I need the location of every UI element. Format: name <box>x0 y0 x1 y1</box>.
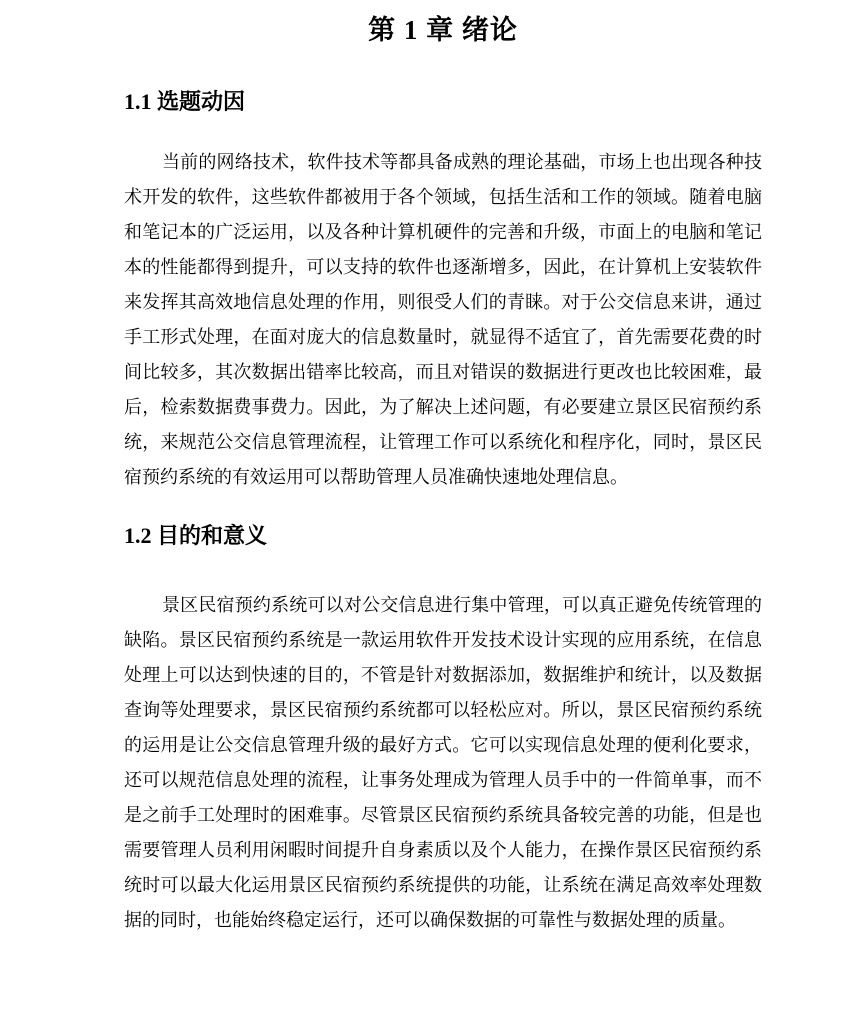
text-line: 的运用是让公交信息管理升级的最好方式。它可以实现信息处理的便利化要求， <box>124 728 762 763</box>
text-line: 术开发的软件，这些软件都被用于各个领域，包括生活和工作的领域。随着电脑 <box>124 180 762 215</box>
text-line: 间比较多，其次数据出错率比较高，而且对错误的数据进行更改也比较困难，最 <box>124 355 762 390</box>
text-line: 查询等处理要求，景区民宿预约系统都可以轻松应对。所以，景区民宿预约系统 <box>124 693 762 728</box>
text-line: 统时可以最大化运用景区民宿预约系统提供的功能，让系统在满足高效率处理数 <box>124 868 762 903</box>
paragraph-1: 当前的网络技术，软件技术等都具备成熟的理论基础，市场上也出现各种技术开发的软件，… <box>124 145 762 495</box>
paragraph-2: 景区民宿预约系统可以对公交信息进行集中管理，可以真正避免传统管理的缺陷。景区民宿… <box>124 588 762 938</box>
section-heading-1-2: 1.2 目的和意义 <box>124 522 762 550</box>
text-line: 后，检索数据费事费力。因此，为了解决上述问题，有必要建立景区民宿预约系 <box>124 390 762 425</box>
text-line: 景区民宿预约系统可以对公交信息进行集中管理，可以真正避免传统管理的 <box>124 588 762 623</box>
chapter-title: 第 1 章 绪论 <box>124 12 762 48</box>
text-line: 还可以规范信息处理的流程，让事务处理成为管理人员手中的一件简单事，而不 <box>124 763 762 798</box>
section-heading-1-1: 1.1 选题动因 <box>124 88 762 116</box>
text-line: 需要管理人员利用闲暇时间提升自身素质以及个人能力，在操作景区民宿预约系 <box>124 833 762 868</box>
text-line: 当前的网络技术，软件技术等都具备成熟的理论基础，市场上也出现各种技 <box>124 145 762 180</box>
text-line: 本的性能都得到提升，可以支持的软件也逐渐增多，因此，在计算机上安装软件 <box>124 250 762 285</box>
text-line: 处理上可以达到快速的目的，不管是针对数据添加，数据维护和统计，以及数据 <box>124 658 762 693</box>
text-line: 是之前手工处理时的困难事。尽管景区民宿预约系统具备较完善的功能，但是也 <box>124 798 762 833</box>
text-line: 和笔记本的广泛运用，以及各种计算机硬件的完善和升级，市面上的电脑和笔记 <box>124 215 762 250</box>
text-line: 来发挥其高效地信息处理的作用，则很受人们的青睐。对于公交信息来讲，通过 <box>124 285 762 320</box>
text-line: 缺陷。景区民宿预约系统是一款运用软件开发技术设计实现的应用系统，在信息 <box>124 623 762 658</box>
text-line: 手工形式处理，在面对庞大的信息数量时，就显得不适宜了，首先需要花费的时 <box>124 320 762 355</box>
text-line: 统，来规范公交信息管理流程，让管理工作可以系统化和程序化，同时，景区民 <box>124 425 762 460</box>
text-line: 据的同时，也能始终稳定运行，还可以确保数据的可靠性与数据处理的质量。 <box>124 903 762 938</box>
document-page: 第 1 章 绪论 1.1 选题动因 当前的网络技术，软件技术等都具备成熟的理论基… <box>0 0 849 1023</box>
text-line: 宿预约系统的有效运用可以帮助管理人员准确快速地处理信息。 <box>124 460 762 495</box>
